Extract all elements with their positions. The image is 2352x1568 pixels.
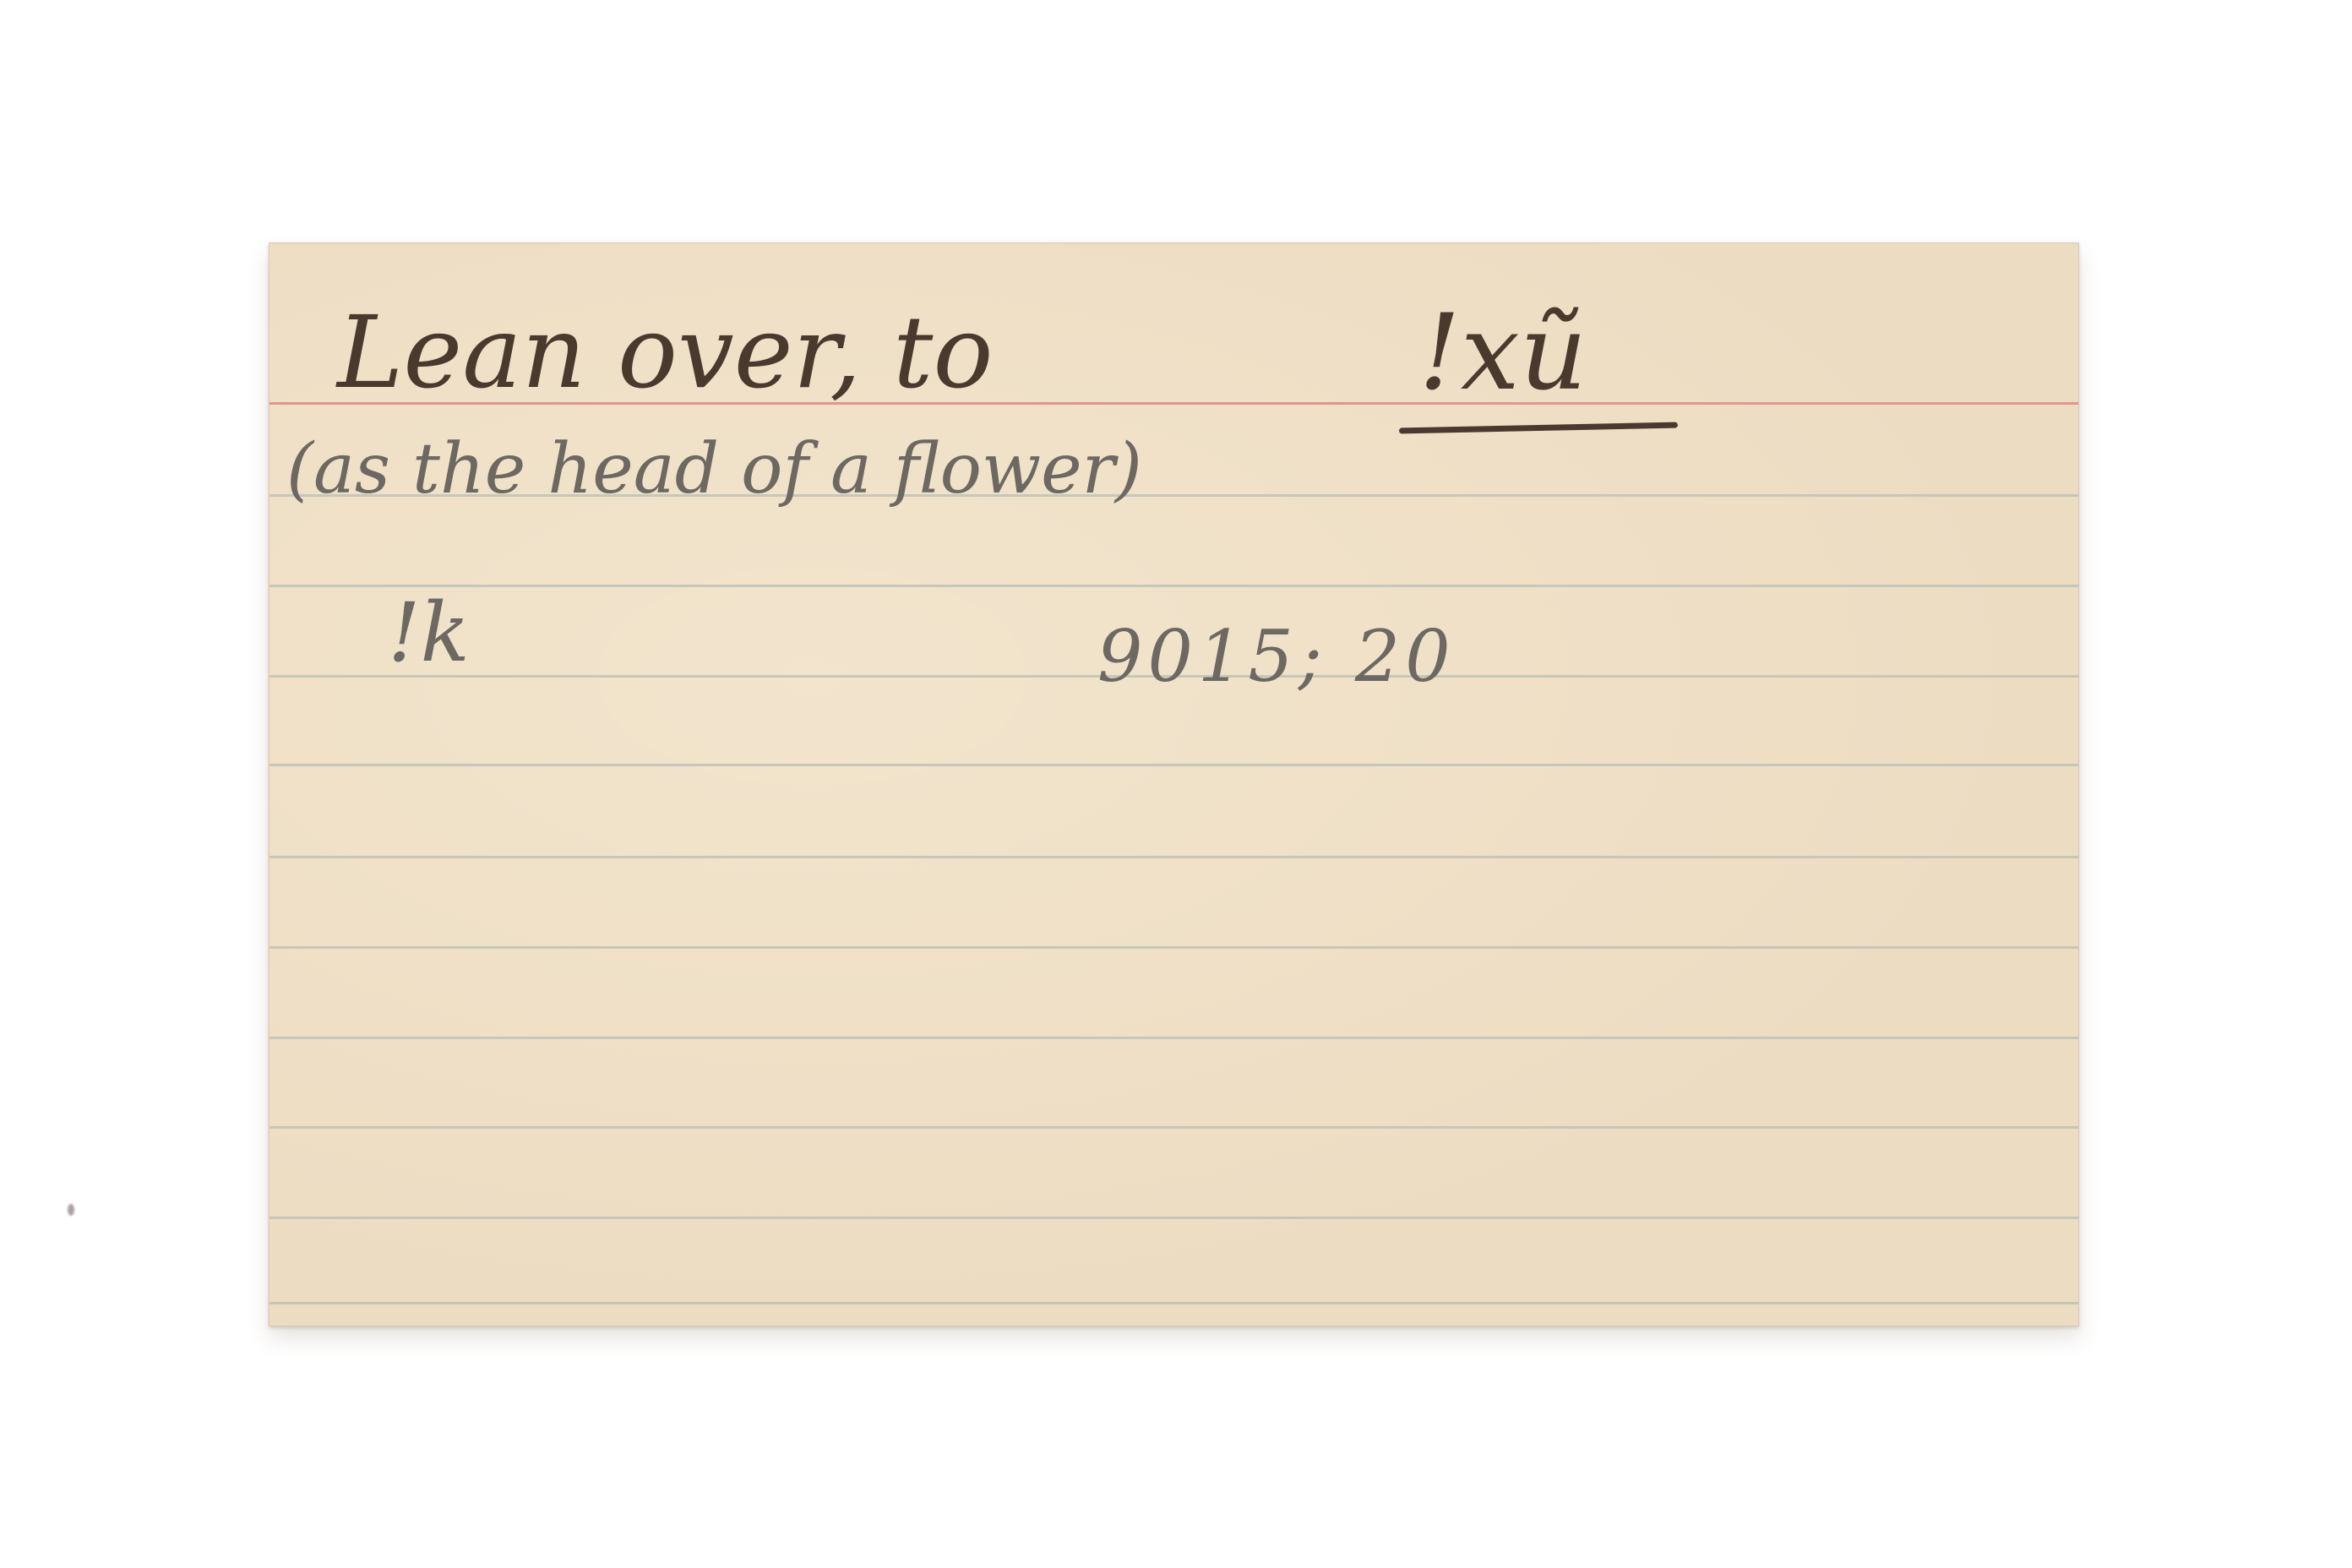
reference-number: 9015; 20 bbox=[1097, 615, 1456, 698]
translation-underline bbox=[1399, 422, 1678, 434]
index-card: Lean over, to (as the head of a flower) … bbox=[269, 242, 2079, 1326]
ruled-line bbox=[269, 856, 2078, 858]
ruled-line bbox=[269, 764, 2078, 766]
reference-prefix: !k bbox=[388, 585, 470, 680]
translation: !xũ bbox=[1418, 292, 1587, 414]
ruled-line bbox=[269, 1217, 2078, 1219]
ruled-line bbox=[269, 1302, 2078, 1304]
ruled-line bbox=[269, 1126, 2078, 1129]
ruled-line bbox=[269, 1037, 2078, 1039]
dust-speck bbox=[68, 1204, 74, 1216]
headword: Lean over, to bbox=[337, 294, 994, 411]
ruled-line bbox=[269, 585, 2078, 587]
gloss: (as the head of a flower) bbox=[286, 429, 1142, 509]
ruled-line bbox=[269, 946, 2078, 949]
